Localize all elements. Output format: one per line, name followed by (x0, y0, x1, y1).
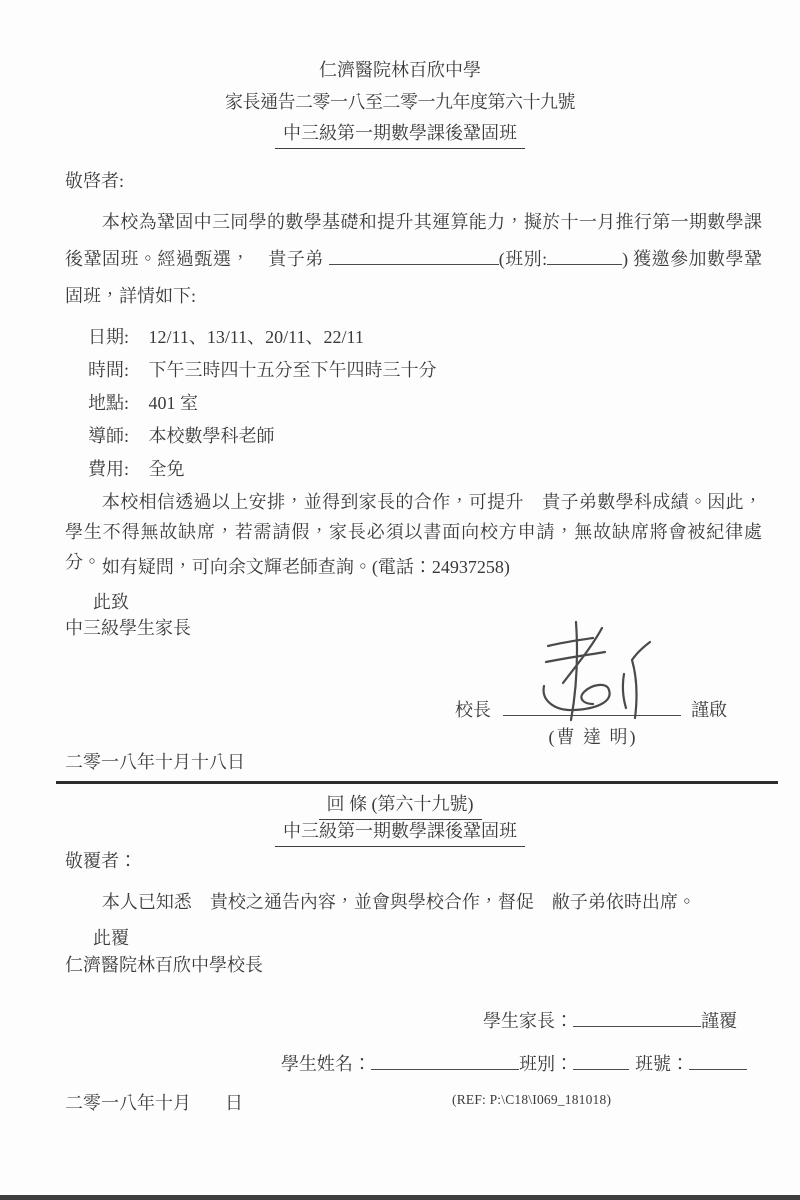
principal-signature-line (503, 696, 681, 716)
student-name-label: 學生姓名： (281, 1054, 371, 1074)
scan-edge-artifact (0, 1195, 800, 1200)
intro-class-label: (班別: (499, 249, 547, 269)
student-name-field-blank (371, 1050, 519, 1070)
detail-row-time: 時間: 下午三時四十五分至下午四時三十分 (88, 354, 437, 387)
details-list: 日期: 12/11、13/11、20/11、22/11 時間: 下午三時四十五分… (88, 321, 437, 486)
parent-sign-label: 學生家長： (483, 1011, 573, 1031)
detail-row-fee: 費用: 全免 (88, 453, 437, 486)
inquiry-line: 如有疑問，可向余文輝老師查詢。(電話：24937258) (65, 553, 762, 579)
detail-label-tutor: 導師: (88, 420, 144, 453)
detail-label-date: 日期: (88, 321, 144, 354)
principal-respect: 謹啟 (691, 700, 727, 720)
principal-sign-row: 校長謹啟 (455, 696, 727, 722)
class-number-label: 班號： (635, 1054, 689, 1074)
detail-value-fee: 全免 (149, 459, 185, 479)
parent-sign-blank (573, 1007, 701, 1027)
header-school-name: 仁濟醫院林百欣中學 (0, 56, 800, 82)
detail-value-venue: 401 室 (149, 393, 199, 413)
closing-salute: 此致 (93, 588, 129, 614)
class-field-blank (573, 1050, 629, 1070)
detail-label-fee: 費用: (88, 453, 144, 486)
parent-sign-row: 學生家長：謹覆 (483, 1007, 737, 1033)
detail-value-date: 12/11、13/11、20/11、22/11 (149, 327, 364, 347)
parent-respect: 謹覆 (701, 1011, 737, 1031)
closing-recipient: 中三級學生家長 (65, 614, 191, 640)
class-number-field-blank (689, 1050, 747, 1070)
student-info-row: 學生姓名：班別：班號： (281, 1050, 747, 1076)
detail-value-tutor: 本校數學科老師 (149, 426, 275, 446)
detail-value-time: 下午三時四十五分至下午四時三十分 (149, 360, 437, 380)
header-subject-wrap: 中三級第一期數學課後鞏固班 (0, 119, 800, 149)
reply-closing-salute: 此覆 (93, 924, 129, 950)
student-name-blank (329, 245, 499, 265)
section-divider (56, 781, 778, 784)
ref-number: (REF: P:\C18\I069_181018) (452, 1092, 611, 1108)
class-label: 班別： (519, 1054, 573, 1074)
detail-row-tutor: 導師: 本校數學科老師 (88, 420, 437, 453)
principal-label: 校長 (455, 700, 491, 720)
class-blank (547, 245, 622, 265)
letter-salutation: 敬啓者: (65, 167, 124, 193)
detail-label-time: 時間: (88, 354, 144, 387)
scanned-notice-page: 仁濟醫院林百欣中學 家長通告二零一八至二零一九年度第六十九號 中三級第一期數學課… (0, 0, 800, 1200)
reply-date-prefix: 二零一八年十月 (65, 1093, 191, 1113)
reply-date-suffix: 日 (225, 1093, 243, 1113)
detail-row-venue: 地點: 401 室 (88, 387, 437, 420)
reply-title-wrap: 回 條 (第六十九號) (0, 790, 800, 820)
reply-salutation: 敬覆者： (65, 847, 137, 873)
paragraph-intro: 本校為鞏固中三同學的數學基礎和提升其運算能力，擬於十一月推行第一期數學課後鞏固班… (65, 204, 762, 315)
reply-subject-wrap: 中三級第一期數學課後鞏固班 (0, 817, 800, 847)
reply-date: 二零一八年十月日 (65, 1089, 243, 1115)
reply-slip-subject: 中三級第一期數學課後鞏固班 (275, 817, 525, 847)
letter-date: 二零一八年十月十八日 (65, 748, 245, 774)
header-notice-number: 家長通告二零一八至二零一九年度第六十九號 (0, 88, 800, 114)
reply-body: 本人已知悉 貴校之通告內容，並會與學校合作，督促 敝子弟依時出席。 (65, 888, 762, 914)
header-subject-title: 中三級第一期數學課後鞏固班 (275, 119, 525, 149)
reply-slip-title: 回 條 (第六十九號) (319, 790, 482, 820)
reply-closing-recipient: 仁濟醫院林百欣中學校長 (65, 951, 263, 977)
principal-name: (曹 達 明) (493, 723, 693, 749)
detail-label-venue: 地點: (88, 387, 144, 420)
detail-row-date: 日期: 12/11、13/11、20/11、22/11 (88, 321, 437, 354)
